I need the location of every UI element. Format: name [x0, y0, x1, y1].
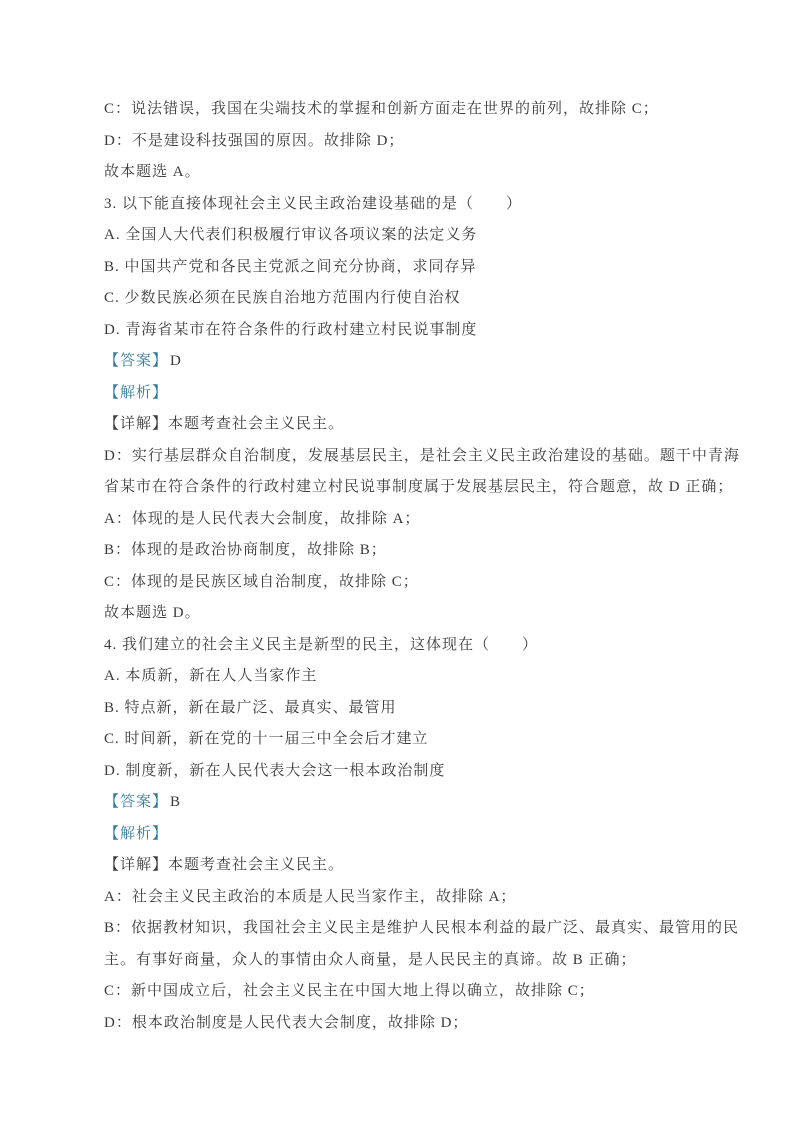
text-line: 主。有事好商量，众人的事情由众人商量，是人民民主的真谛。故 B 正确； — [104, 952, 704, 968]
text-line: A：体现的是人民代表大会制度，故排除 A； — [104, 511, 704, 527]
text-line: 省某市在符合条件的行政村建立村民说事制度属于发展基层民主，符合题意，故 D 正确… — [104, 479, 704, 495]
text-line: D. 青海省某市在符合条件的行政村建立村民说事制度 — [104, 322, 704, 338]
analysis-label: 【解析】 — [104, 826, 168, 842]
text-line: C：新中国成立后，社会主义民主在中国大地上得以确立，故排除 C； — [104, 983, 704, 999]
text-line: D：根本政治制度是人民代表大会制度，故排除 D； — [104, 1015, 704, 1031]
text-line: C. 时间新，新在党的十一届三中全会后才建立 — [104, 731, 704, 747]
text-line: A. 本质新，新在人人当家作主 — [104, 668, 704, 684]
text-line: 故本题选 D。 — [104, 605, 704, 621]
text-line: C. 少数民族必须在民族自治地方范围内行使自治权 — [104, 290, 704, 306]
page-content: C：说法错误，我国在尖端技术的掌握和创新方面走在世界的前列，故排除 C；D：不是… — [104, 0, 704, 1046]
text-line: B：体现的是政治协商制度，故排除 B； — [104, 542, 704, 558]
analysis-line: 【解析】 — [104, 385, 704, 401]
answer-line: 【答案】B — [104, 794, 704, 810]
answer-value: B — [168, 794, 181, 810]
text-line: 【详解】本题考查社会主义民主。 — [104, 857, 704, 873]
text-line: A：社会主义民主政治的本质是人民当家作主，故排除 A； — [104, 889, 704, 905]
text-line: C：说法错误，我国在尖端技术的掌握和创新方面走在世界的前列，故排除 C； — [104, 101, 704, 117]
text-line: B：依据教材知识，我国社会主义民主是维护人民根本利益的最广泛、最真实、最管用的民 — [104, 920, 704, 936]
analysis-label: 【解析】 — [104, 385, 168, 401]
text-line: 4. 我们建立的社会主义民主是新型的民主，这体现在（ ） — [104, 637, 704, 653]
text-line: A. 全国人大代表们积极履行审议各项议案的法定义务 — [104, 227, 704, 243]
answer-value: D — [168, 353, 182, 369]
text-line: 3. 以下能直接体现社会主义民主政治建设基础的是（ ） — [104, 196, 704, 212]
document-page: C：说法错误，我国在尖端技术的掌握和创新方面走在世界的前列，故排除 C；D：不是… — [0, 0, 793, 1122]
text-line: B. 中国共产党和各民主党派之间充分协商，求同存异 — [104, 259, 704, 275]
text-line: C：体现的是民族区域自治制度，故排除 C； — [104, 574, 704, 590]
answer-label: 【答案】 — [104, 353, 168, 369]
text-line: D：不是建设科技强国的原因。故排除 D； — [104, 133, 704, 149]
text-line: B. 特点新，新在最广泛、最真实、最管用 — [104, 700, 704, 716]
answer-line: 【答案】D — [104, 353, 704, 369]
text-line: D. 制度新，新在人民代表大会这一根本政治制度 — [104, 763, 704, 779]
analysis-line: 【解析】 — [104, 826, 704, 842]
text-line: 故本题选 A。 — [104, 164, 704, 180]
answer-label: 【答案】 — [104, 794, 168, 810]
text-line: 【详解】本题考查社会主义民主。 — [104, 416, 704, 432]
text-line: D：实行基层群众自治制度，发展基层民主，是社会主义民主政治建设的基础。题干中青海 — [104, 448, 704, 464]
